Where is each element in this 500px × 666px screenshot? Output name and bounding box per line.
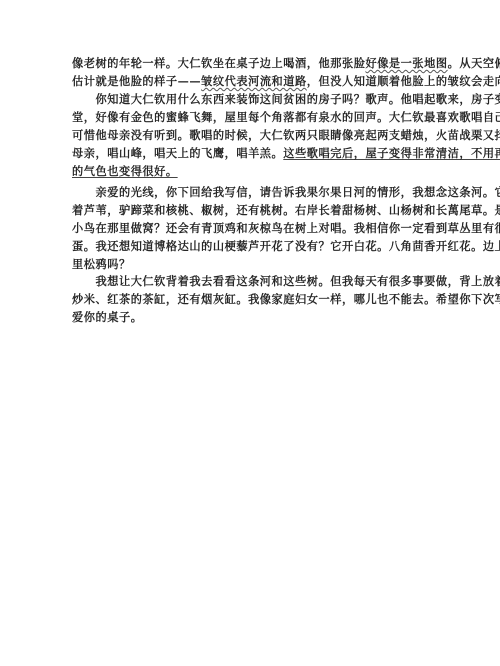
passage-line: 可惜他母亲没有听到。歌唱的时候，大仁钦两只眼睛像亮起两支蜡烛，火苗战栗又抖动。他… — [72, 128, 500, 142]
passage-line: 爱你的桌子。 — [72, 310, 142, 324]
underlined-sentence: 的气色也变得很好。 — [72, 164, 178, 178]
passage-line: 的气色也变得很好。 — [72, 164, 178, 178]
passage-text: 母亲，唱山峰，唱天上的飞鹰，唱羊羔。 — [72, 146, 283, 160]
wavy-underlined-phrase: 好像是一张地图 — [365, 56, 447, 70]
passage-line: 小鸟在那里做窝？还会有青顶鸡和灰椋鸟在树上对唱。我相信你一定看到草丛里有很多鸟 — [72, 221, 500, 235]
passage-line: 母亲，唱山峰，唱天上的飞鹰，唱羊羔。这些歌唱完后，屋子变得非常清洁，不用再打扫，… — [72, 146, 500, 160]
passage-line: 里松鸦吗？ — [72, 257, 131, 271]
passage-line: 你知道大仁钦用什么东西来装饰这间贫困的房子吗？歌声。他唱起歌来，房子变得亮堂 — [72, 92, 500, 106]
passage-text: 估计就是他脸的样子—— — [72, 74, 201, 88]
passage-line: 亲爱的光线，你下回给我写信，请告诉我果尔果日河的情形，我想念这条河。它的左岸长 — [72, 185, 500, 199]
passage-line: 堂，好像有金色的蜜蜂飞舞，屋里每个角落都有泉水的回声。大仁钦最喜欢歌唱自己的母亲… — [72, 110, 500, 124]
passage-text: 。从天空俯瞰大地 — [448, 56, 500, 70]
passage-line: 炒米、红茶的茶缸，还有烟灰缸。我像家庭妇女一样，哪儿也不能去。希望你下次写信告诉… — [72, 292, 500, 306]
passage-line: 着芦苇，驴蹄菜和核桃、椒树，还有桃树。右岸长着甜杨树、山杨树和长萬尾草。是不是有… — [72, 203, 500, 217]
passage-line: 估计就是他脸的样子——皱纹代表河流和道路，但没人知道顺着他脸上的皱纹会走向哪里。 — [72, 74, 500, 88]
passage-line: 像老树的年轮一样。大仁钦坐在桌子边上喝酒，他那张脸好像是一张地图。从天空俯瞰大地 — [72, 56, 500, 70]
passage-line: 我想让大仁钦背着我去看看这条河和这些树。但我每天有很多事要做，背上放着奶豆腐、 — [72, 274, 500, 288]
underlined-sentence: 这些歌唱完后，屋子变得非常清洁，不用再打扫，大仁钦 — [283, 146, 500, 160]
wavy-underlined-phrase: 皱纹代表河流和道路 — [201, 74, 307, 88]
passage-text: 像老树的年轮一样。大仁钦坐在桌子边上喝酒，他那张脸 — [72, 56, 365, 70]
exam-page: 像老树的年轮一样。大仁钦坐在桌子边上喝酒，他那张脸好像是一张地图。从天空俯瞰大地… — [0, 0, 500, 666]
passage-text: ，但没人知道顺着他脸上的皱纹会走向哪里。 — [307, 74, 500, 88]
passage-line: 蛋。我还想知道博格达山的山梗藜芦开花了没有？它开白花。八角茴香开红花。边上有乌苏 — [72, 239, 500, 253]
